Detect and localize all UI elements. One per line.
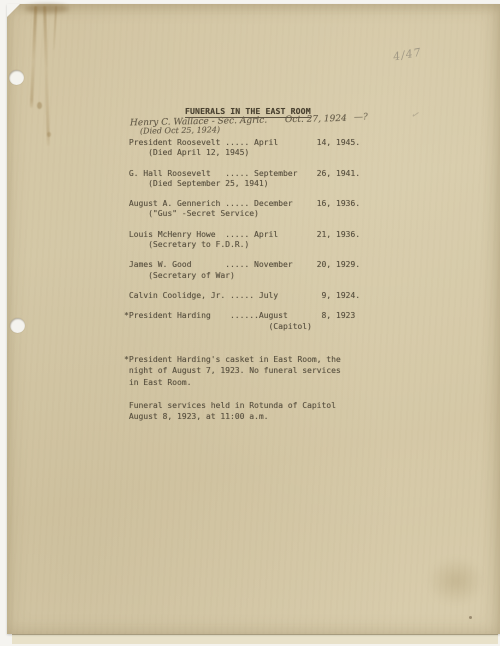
- punch-hole-top: [9, 70, 24, 85]
- under-sheet-edge: [12, 634, 498, 644]
- top-edge-stain: [25, 4, 69, 13]
- footnotes: *President Harding's casket in East Room…: [124, 354, 341, 422]
- stain-drip: [30, 6, 37, 108]
- funeral-list: President Roosevelt ..... April 14, 1945…: [124, 138, 360, 332]
- page-corner-cut: [7, 4, 20, 17]
- punch-hole-middle: [10, 318, 25, 333]
- handwritten-died-note: (Died Oct 25, 1924): [140, 125, 220, 135]
- document-page: 4/47 FUNERALS IN THE EAST ROOM Henry C. …: [7, 4, 500, 634]
- bottom-right-smudge: [427, 557, 485, 605]
- handwritten-query-mark: —?: [354, 112, 368, 122]
- pencil-check-mark: ✓: [410, 110, 419, 121]
- scan-background: 4/47 FUNERALS IN THE EAST ROOM Henry C. …: [0, 0, 500, 646]
- stain-spot: [47, 132, 51, 137]
- pencil-folio-number: 4/47: [392, 46, 423, 64]
- stain-drip: [43, 6, 50, 146]
- ink-speck: [469, 616, 472, 619]
- stain-spot: [37, 102, 42, 109]
- handwritten-date: Oct. 27, 1924: [285, 114, 347, 125]
